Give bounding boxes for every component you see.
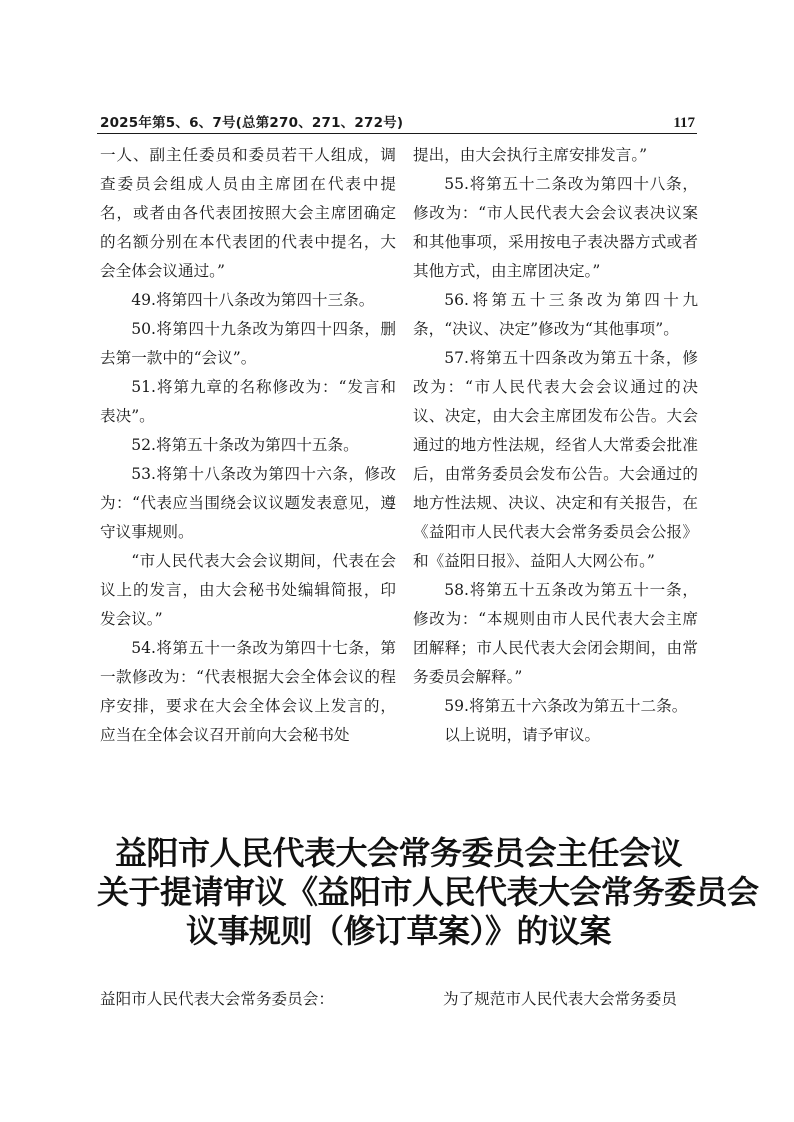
left-column: 一人、副主任委员和委员若干人组成，调查委员会组成人员由主席团在代表中提名，或者由… (100, 141, 396, 750)
right-column: 提出，由大会执行主席安排发言。” 55.将第五十二条改为第四十八条，修改为：“市… (413, 141, 698, 750)
paragraph: 提出，由大会执行主席安排发言。” (413, 141, 698, 170)
addressee: 益阳市人民代表大会常务委员会： (100, 985, 334, 1014)
paragraph: 49.将第四十八条改为第四十三条。 (100, 286, 396, 315)
title-line-1: 益阳市人民代表大会常务委员会主任会议 (97, 834, 700, 873)
paragraph: “市人民代表大会会议期间，代表在会议上的发言，由大会秘书处编辑简报，印发会议。” (100, 547, 396, 634)
page-number: 117 (673, 115, 695, 131)
paragraph: 52.将第五十条改为第四十五条。 (100, 431, 396, 460)
paragraph: 一人、副主任委员和委员若干人组成，调查委员会组成人员由主席团在代表中提名，或者由… (100, 141, 396, 286)
paragraph: 59.将第五十六条改为第五十二条。 (413, 692, 698, 721)
paragraph: 56.将第五十三条改为第四十九条，“决议、决定”修改为“其他事项”。 (413, 286, 698, 344)
paragraph: 57.将第五十四条改为第五十条，修改为：“市人民代表大会会议通过的决议、决定，由… (413, 344, 698, 576)
paragraph: 55.将第五十二条改为第四十八条，修改为：“市人民代表大会会议表决议案和其他事项… (413, 170, 698, 286)
paragraph: 53.将第十八条改为第四十六条，修改为：“代表应当围绕会议议题发表意见，遵守议事… (100, 460, 396, 547)
paragraph: 以上说明，请予审议。 (413, 721, 698, 750)
paragraph: 50.将第四十九条改为第四十四条，删去第一款中的“会议”。 (100, 315, 396, 373)
issue-label: 2025年第5、6、7号(总第270、271、272号) (100, 115, 403, 131)
running-header: 2025年第5、6、7号(总第270、271、272号) 117 (97, 114, 697, 134)
article-body-start: 为了规范市人民代表大会常务委员 (443, 985, 698, 1014)
paragraph: 54.将第五十一条改为第四十七条，第一款修改为：“代表根据大会全体会议的程序安排… (100, 634, 396, 750)
title-line-3: 议事规则（修订草案）》的议案 (97, 912, 700, 951)
paragraph: 51.将第九章的名称修改为：“发言和表决”。 (100, 373, 396, 431)
article-title: 益阳市人民代表大会常务委员会主任会议 关于提请审议《益阳市人民代表大会常务委员会… (97, 834, 700, 951)
title-line-2: 关于提请审议《益阳市人民代表大会常务委员会 (97, 873, 700, 912)
paragraph: 58.将第五十五条改为第五十一条，修改为：“本规则由市人民代表大会主席团解释；市… (413, 576, 698, 692)
